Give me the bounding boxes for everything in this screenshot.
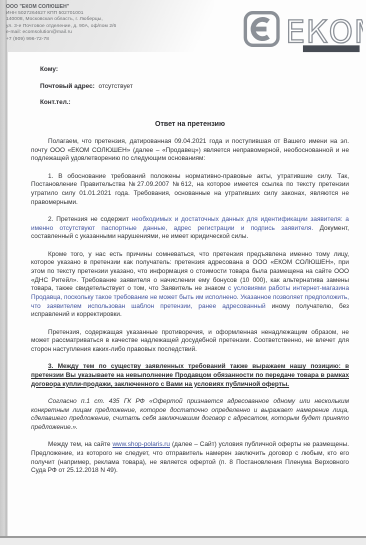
to-label: Кому: (40, 66, 58, 73)
recipient-to-line: Кому: (40, 66, 133, 83)
page-bottom-edge (0, 536, 366, 545)
postal-address-label: Почтовый адрес: (40, 83, 95, 90)
postal-address-value: отсутствует (99, 83, 133, 90)
logo-wordmark: ЕКОМ (286, 14, 363, 50)
paragraph: Полагаем, что претензия, датированная 09… (31, 138, 349, 164)
paragraph: Между тем, на сайте www.shop-polaris.ru … (31, 441, 349, 476)
paragraph: Согласно п.1 ст. 435 ГК РФ «Офертой приз… (31, 398, 349, 433)
ekom-logo-graphic: ЕКОМ (241, 6, 363, 54)
recipient-phone-line: Конт.тел.: (40, 99, 133, 116)
text-segment: Согласно п.1 ст. 435 ГК РФ «Офертой приз… (31, 398, 349, 431)
paragraph: 1. В обоснование требований положены нор… (31, 173, 349, 208)
text-segment: Между тем, на сайте (48, 441, 112, 448)
contact-phone-label: Конт.тел.: (40, 99, 71, 106)
text-segment: 2. Претензия не содержит (48, 216, 132, 223)
document-title: Ответ на претензию (31, 121, 349, 128)
company-email: e-mail: ecomsolution@mail.ru (6, 30, 116, 37)
recipient-block: Кому: Почтовый адрес: отсутствует Конт.т… (40, 66, 133, 116)
document-body: Полагаем, что претензия, датированная 09… (31, 138, 349, 476)
recipient-postal-line: Почтовый адрес: отсутствует (40, 83, 133, 100)
paragraph: Претензия, содержащая указанные противор… (31, 329, 349, 355)
page-left-edge (0, 0, 8, 545)
ekom-logo: ЕКОМ (241, 6, 363, 54)
text-segment: 1. В обоснование требований положены нор… (31, 173, 349, 206)
paragraph: 2. Претензия не содержит необходимых и д… (31, 216, 349, 242)
text-segment: 3. Между тем по существу заявленных треб… (31, 363, 349, 387)
text-segment: Претензия, содержащая указанные противор… (31, 329, 349, 353)
sender-header: ООО "ЕКОМ СОЛЮШЕН" ИНН 5027264627 КПП 50… (6, 4, 116, 44)
paragraph: 3. Между тем по существу заявленных треб… (31, 363, 349, 389)
logo-tagline-bar (303, 45, 360, 52)
text-segment: Полагаем, что претензия, датированная 09… (31, 138, 349, 162)
paragraph: Кроме того, у нас есть причины сомневать… (31, 251, 349, 321)
company-phone: +7 (909) 996-72-78 (6, 37, 116, 44)
site-url: www.shop-polaris.ru (112, 441, 170, 448)
document-flow: Ответ на претензию Полагаем, что претенз… (31, 121, 349, 485)
document-page: ООО "ЕКОМ СОЛЮШЕН" ИНН 5027264627 КПП 50… (0, 0, 366, 545)
company-address-line1: 140008, Московская область, г. Люберцы, (6, 17, 116, 24)
company-name: ООО "ЕКОМ СОЛЮШЕН" (6, 4, 116, 11)
